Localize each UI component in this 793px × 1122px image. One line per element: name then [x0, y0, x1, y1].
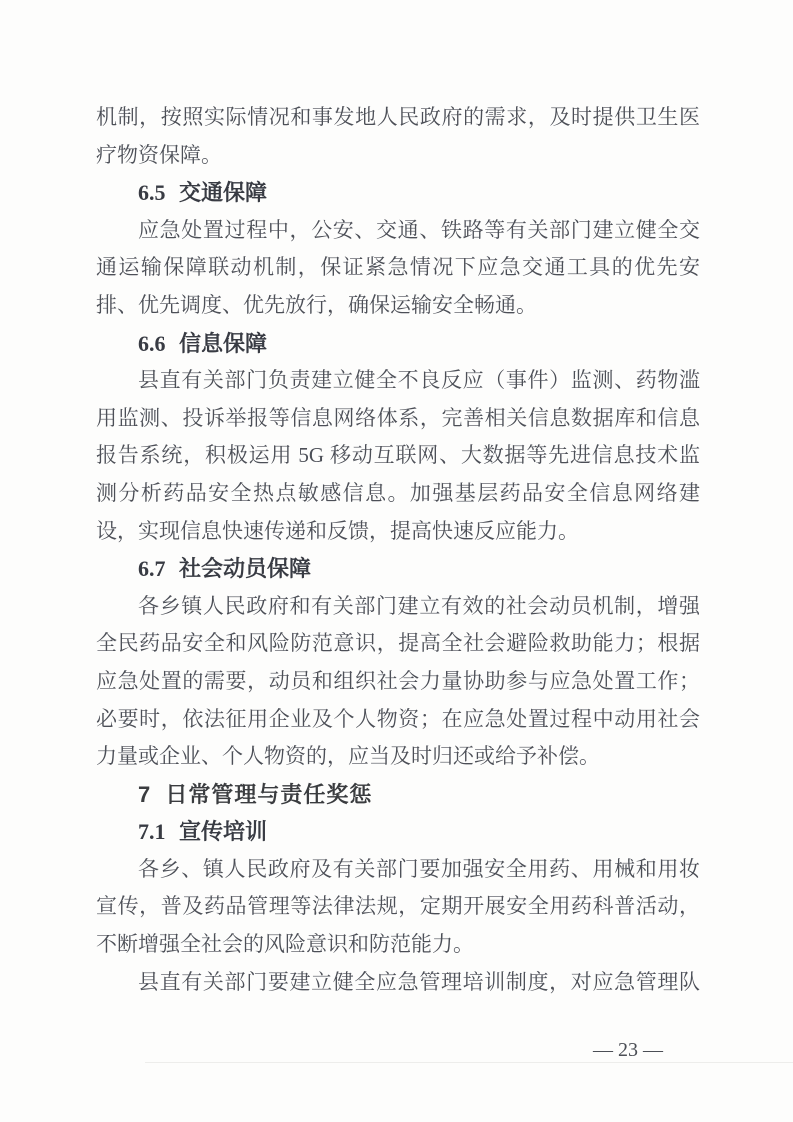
text-line: 机制，按照实际情况和事发地人民政府的需求，及时提供卫生医 [96, 99, 700, 137]
document-page: 机制，按照实际情况和事发地人民政府的需求，及时提供卫生医 疗物资保障。 6.5 … [0, 0, 793, 1122]
paragraph-medical-supply: 机制，按照实际情况和事发地人民政府的需求，及时提供卫生医 疗物资保障。 [96, 99, 700, 174]
text-line: 力量或企业、个人物资的，应当及时归还或给予补偿。 [96, 738, 700, 776]
text-line: 县直有关部门要建立健全应急管理培训制度，对应急管理队 [96, 964, 700, 1002]
text-line: 疗物资保障。 [96, 137, 700, 175]
text-line: 全民药品安全和风险防范意识，提高全社会避险救助能力；根据 [96, 625, 700, 663]
text-line: 不断增强全社会的风险意识和防范能力。 [96, 926, 700, 964]
paragraph-social-mobilization: 各乡镇人民政府和有关部门建立有效的社会动员机制，增强 全民药品安全和风险防范意识… [96, 588, 700, 776]
page-body: 机制，按照实际情况和事发地人民政府的需求，及时提供卫生医 疗物资保障。 6.5 … [96, 99, 700, 1001]
chapter-heading-7: 7 日常管理与责任奖惩 [96, 776, 700, 814]
text-line: 排、优先调度、优先放行，确保运输安全畅通。 [96, 287, 700, 325]
text-line: 应急处置的需要，动员和组织社会力量协助参与应急处置工作； [96, 663, 700, 701]
paragraph-publicity: 各乡、镇人民政府及有关部门要加强安全用药、用械和用妆 宣传，普及药品管理等法律法… [96, 851, 700, 964]
section-heading-7-1: 7.1 宣传培训 [96, 813, 700, 851]
text-line: 必要时，依法征用企业及个人物资；在应急处置过程中动用社会 [96, 701, 700, 739]
paragraph-training: 县直有关部门要建立健全应急管理培训制度，对应急管理队 [96, 964, 700, 1002]
text-line: 报告系统，积极运用 5G 移动互联网、大数据等先进信息技术监 [96, 437, 700, 475]
text-line: 各乡镇人民政府和有关部门建立有效的社会动员机制，增强 [96, 588, 700, 626]
text-line: 应急处置过程中，公安、交通、铁路等有关部门建立健全交 [96, 212, 700, 250]
paragraph-information: 县直有关部门负责建立健全不良反应（事件）监测、药物滥 用监测、投诉举报等信息网络… [96, 362, 700, 550]
text-line: 各乡、镇人民政府及有关部门要加强安全用药、用械和用妆 [96, 851, 700, 889]
text-line: 县直有关部门负责建立健全不良反应（事件）监测、药物滥 [96, 362, 700, 400]
section-heading-6-5: 6.5 交通保障 [96, 174, 700, 212]
text-line: 测分析药品安全热点敏感信息。加强基层药品安全信息网络建 [96, 475, 700, 513]
paragraph-transport: 应急处置过程中，公安、交通、铁路等有关部门建立健全交 通运输保障联动机制，保证紧… [96, 212, 700, 325]
text-line: 设，实现信息快速传递和反馈，提高快速反应能力。 [96, 513, 700, 551]
scan-artifact-line [145, 1062, 793, 1063]
page-number: — 23 — [593, 1038, 663, 1062]
text-line: 宣传，普及药品管理等法律法规，定期开展安全用药科普活动， [96, 888, 700, 926]
text-line: 用监测、投诉举报等信息网络体系，完善相关信息数据库和信息 [96, 400, 700, 438]
section-heading-6-7: 6.7 社会动员保障 [96, 550, 700, 588]
text-line: 通运输保障联动机制，保证紧急情况下应急交通工具的优先安 [96, 249, 700, 287]
section-heading-6-6: 6.6 信息保障 [96, 325, 700, 363]
